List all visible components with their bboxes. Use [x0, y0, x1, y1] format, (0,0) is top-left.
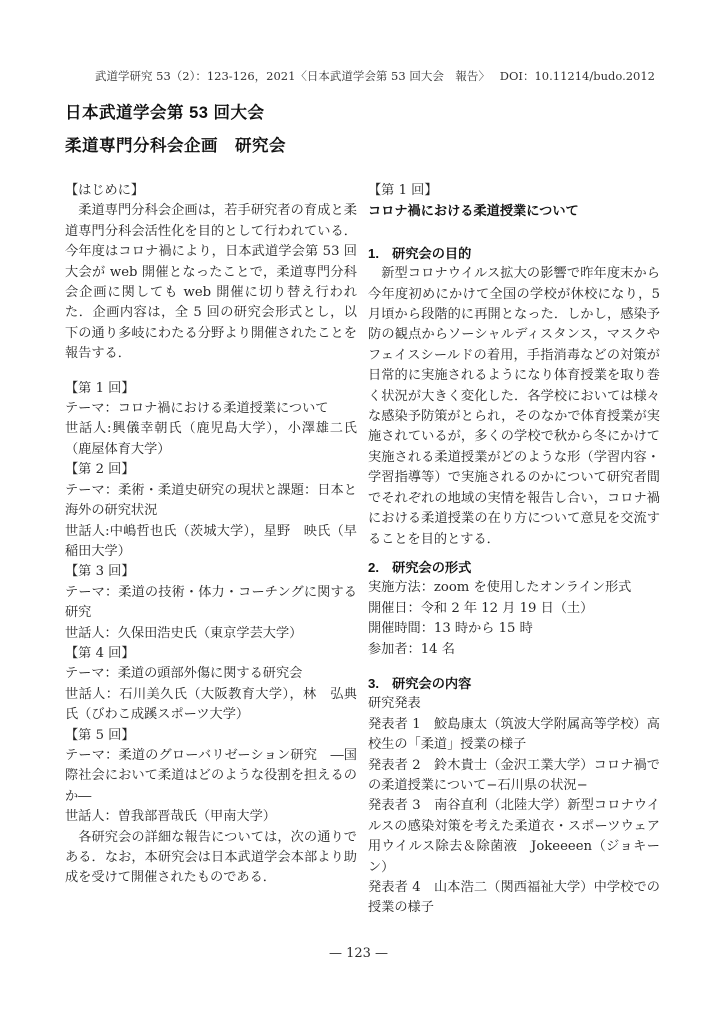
page-header: 武道学研究 53（2）：123-126，2021〈日本武道学会第 53 回大会 …: [95, 68, 655, 84]
left-column: 【はじめに】 柔道専門分科会企画は，若手研究者の育成と柔道専門分科会活性化を目的…: [65, 181, 357, 919]
intro-paragraph: 柔道専門分科会企画は，若手研究者の育成と柔道専門分科会活性化を目的として行われて…: [65, 201, 357, 364]
presentation-4: 発表者 4 山本浩二（関西福祉大学）中学校での授業の様子: [368, 878, 660, 919]
right-column: 【第 1 回】 コロナ禍における柔道授業について 1. 研究会の目的 新型コロナ…: [368, 181, 660, 919]
presentation-1: 発表者 1 鮫島康太（筑波大学附属高等学校）高校生の「柔道」授業の様子: [368, 715, 660, 756]
format-item-method: 実施方法：zoom を使用したオンライン形式: [368, 578, 660, 598]
session-3-theme: テーマ：柔道の技術・体力・コーチングに関する研究: [65, 583, 357, 624]
session-4-heading: 【第 4 回】: [65, 644, 357, 664]
session-1-organizers: 世話人:興儀幸朝氏（鹿児島大学），小澤雄二氏（鹿屋体育大学）: [65, 419, 357, 460]
article-title: 日本武道学会第 53 回大会 柔道専門分科会企画 研究会: [65, 97, 286, 163]
format-item-participants: 参加者：14 名: [368, 640, 660, 660]
session-3-heading: 【第 3 回】: [65, 562, 357, 582]
purpose-paragraph: 新型コロナウイルス拡大の影響で昨年度末から今年度初めにかけて全国の学校が休校にな…: [368, 264, 660, 550]
session-4-theme: テーマ：柔道の頭部外傷に関する研究会: [65, 664, 357, 684]
report-session-title: コロナ禍における柔道授業について: [368, 201, 660, 221]
session-1-theme: テーマ：コロナ禍における柔道授業について: [65, 399, 357, 419]
presentation-2: 発表者 2 鈴木貴士（金沢工業大学）コロナ禍での柔道授業について−石川県の状況−: [368, 756, 660, 797]
report-session-label: 【第 1 回】: [368, 181, 660, 201]
purpose-heading: 1. 研究会の目的: [368, 244, 660, 264]
title-line-1: 日本武道学会第 53 回大会: [65, 97, 286, 130]
session-2-heading: 【第 2 回】: [65, 460, 357, 480]
document-page: 武道学研究 53（2）：123-126，2021〈日本武道学会第 53 回大会 …: [0, 0, 717, 1012]
session-2-organizers: 世話人:中嶋哲也氏（茨城大学），星野 映氏（早稲田大学）: [65, 522, 357, 563]
presentation-3: 発表者 3 南谷直利（北陸大学）新型コロナウイルスの感染対策を考えた柔道衣・スポ…: [368, 796, 660, 878]
session-5-theme: テーマ：柔道のグローバリゼーション研究 ―国際社会において柔道はどのような役割を…: [65, 746, 357, 807]
format-item-date: 開催日：令和 2 年 12 月 19 日（土）: [368, 599, 660, 619]
content-heading: 3. 研究会の内容: [368, 674, 660, 694]
session-1-heading: 【第 1 回】: [65, 379, 357, 399]
format-item-time: 開催時間：13 時から 15 時: [368, 619, 660, 639]
closing-paragraph: 各研究会の詳細な報告については，次の通りである．なお，本研究会は日本武道学会本部…: [65, 828, 357, 889]
session-4-organizers: 世話人：石川美久氏（大阪教育大学），林 弘典氏（びわこ成蹊スポーツ大学）: [65, 685, 357, 726]
session-5-organizers: 世話人：曽我部晋哉氏（甲南大学）: [65, 807, 357, 827]
session-2-theme: テーマ：柔術・柔道史研究の現状と課題：日本と海外の研究状況: [65, 481, 357, 522]
session-list: 【第 1 回】 テーマ：コロナ禍における柔道授業について 世話人:興儀幸朝氏（鹿…: [65, 379, 357, 828]
page-number: — 123 —: [0, 946, 717, 961]
intro-heading: 【はじめに】: [65, 181, 357, 201]
content-subheading: 研究発表: [368, 694, 660, 714]
session-3-organizers: 世話人：久保田浩史氏（東京学芸大学）: [65, 624, 357, 644]
format-heading: 2. 研究会の形式: [368, 558, 660, 578]
title-line-2: 柔道専門分科会企画 研究会: [65, 130, 286, 163]
journal-citation: 武道学研究 53（2）：123-126，2021〈日本武道学会第 53 回大会 …: [95, 68, 490, 84]
doi-label: DOI：10.11214/budo.2012: [500, 68, 655, 84]
two-column-body: 【はじめに】 柔道専門分科会企画は，若手研究者の育成と柔道専門分科会活性化を目的…: [65, 181, 660, 919]
session-5-heading: 【第 5 回】: [65, 726, 357, 746]
